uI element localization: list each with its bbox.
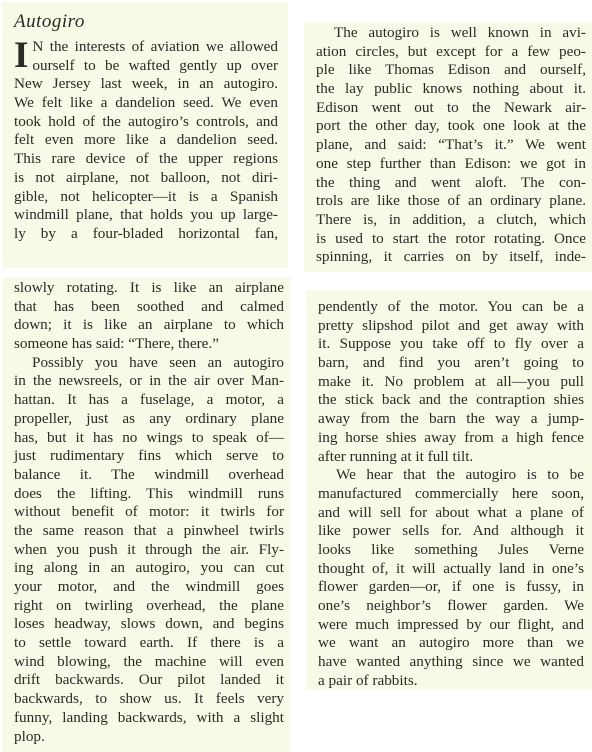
drop-cap: I <box>14 40 28 74</box>
text-line: ourself to be wafted gently up over <box>14 57 278 76</box>
text-line: The autogiro is well known in avi- <box>316 24 586 43</box>
text-line: pretty slipshod pilot and get away with <box>318 317 584 336</box>
text-line: the same reason that a pinwheel twirls <box>14 522 284 541</box>
text-line: drift backwards. Our pilot landed it <box>14 671 284 690</box>
text-line: is not airplane, not balloon, not diri- <box>14 169 278 188</box>
text-line: flower garden—or, if one is fussy, in <box>318 578 584 597</box>
text-line: and will sell for about what a plane of <box>318 504 584 523</box>
text-line: your motor, and the windmill goes <box>14 578 284 597</box>
text-line: funny, landing backwards, with a slight <box>14 709 284 728</box>
text-line: took hold of the autogiro’s controls, an… <box>14 113 278 132</box>
text-line: a pair of rabbits. <box>318 672 584 691</box>
text-line: to settle toward earth. If there is a <box>14 634 284 653</box>
text-line: We felt like a dandelion seed. We even <box>14 94 278 113</box>
text-line: Edison went out to the Newark air- <box>316 99 586 118</box>
text-line: the thing and went aloft. The con- <box>316 174 586 193</box>
text-line: just rudimentary fins which serve to <box>14 447 284 466</box>
text-line: propeller, just as any ordinary plane <box>14 410 284 429</box>
text-line: felt even more like a dandelion seed. <box>14 131 278 150</box>
text-line: like power sells for. And although it <box>318 522 584 541</box>
text-line: down; it is like an airplane to which <box>14 316 284 335</box>
text-line: loses headway, slows down, and begins <box>14 615 284 634</box>
text-line: have wanted anything since we wanted <box>318 653 584 672</box>
text-line: it. Suppose you take off to fly over a <box>318 335 584 354</box>
text-line: the lay public knows nothing about it. <box>316 80 586 99</box>
text-line: We hear that the autogiro is to be <box>318 466 584 485</box>
text-line: after running at it full tilt. <box>318 448 584 467</box>
text-line: spinning, it carries on by itself, inde- <box>316 248 586 267</box>
text-line: barn, and find you aren’t going to <box>318 354 584 373</box>
article-panel-top-left: Autogiro I N the interests of aviation w… <box>2 2 288 268</box>
text-line: has, but it has no wings to speak of— <box>14 429 284 448</box>
text-line: Possibly you have seen an autogiro <box>14 354 284 373</box>
text-line: N the interests of aviation we allowed <box>14 38 278 57</box>
text-line: plop. <box>14 728 284 747</box>
text-line: port the other day, took one look at the <box>316 117 586 136</box>
text-line: without benefit of motor: it twirls for <box>14 503 284 522</box>
text-line: when you push it through the air. Fly- <box>14 541 284 560</box>
text-line: one step further than Edison: we got in <box>316 155 586 174</box>
text-line: New Jersey last week, in an autogiro. <box>14 75 278 94</box>
text-line: ing horse shies away from a high fence <box>318 429 584 448</box>
text-line: we want an autogiro more than we <box>318 634 584 653</box>
text-line: that has been soothed and calmed <box>14 298 284 317</box>
text-line: someone has said: “There, there.” <box>14 335 284 354</box>
text-line: ple like Thomas Edison and ourself, <box>316 61 586 80</box>
text-line: right on twirling overhead, the plane <box>14 597 284 616</box>
text-line: ation circles, but except for a few peo- <box>316 43 586 62</box>
text-line: away from the barn the way a jump- <box>318 410 584 429</box>
text-line: ly by a four-bladed horizontal fan, <box>14 225 278 244</box>
text-line: were much impressed by our flight, and <box>318 616 584 635</box>
text-line: does the lifting. This windmill runs <box>14 485 284 504</box>
text-line: plane, and said: “That’s it.” We went <box>316 136 586 155</box>
text-line: balance it. The windmill overhead <box>14 466 284 485</box>
opening-paragraph: I N the interests of aviation we allowed… <box>14 38 278 244</box>
text-line: This rare device of the upper regions <box>14 150 278 169</box>
text-line: one’s neighbor’s flower garden. We <box>318 597 584 616</box>
article-panel-bottom-left: slowly rotating. It is like an airplane … <box>2 277 290 752</box>
text-line: thought of, it will actually land in one… <box>318 560 584 579</box>
text-line: the stick back and the contraption shies <box>318 391 584 410</box>
text-line: make it. No problem at all—you pull <box>318 373 584 392</box>
text-line: windmill plane, that holds you up large- <box>14 206 278 225</box>
text-line: slowly rotating. It is like an airplane <box>14 279 284 298</box>
text-line: gible, not helicopter—it is a Spanish <box>14 188 278 207</box>
article-title: Autogiro <box>14 10 278 34</box>
article-panel-bottom-right: pendently of the motor. You can be a pre… <box>306 290 592 690</box>
text-line: pendently of the motor. You can be a <box>318 298 584 317</box>
text-line: wind blowing, the machine will even <box>14 653 284 672</box>
text-line: trols are like those of an ordinary plan… <box>316 192 586 211</box>
text-line: There is, in addition, a clutch, which <box>316 211 586 230</box>
text-line: looks like something Jules Verne <box>318 541 584 560</box>
article-panel-top-right: The autogiro is well known in avi- ation… <box>304 22 592 272</box>
text-line: manufactured commercially here soon, <box>318 485 584 504</box>
text-line: hattan. It has a fuselage, a motor, a <box>14 391 284 410</box>
text-line: in the newsreels, or in the air over Man… <box>14 372 284 391</box>
text-line: is used to start the rotor rotating. Onc… <box>316 230 586 249</box>
text-line: ing along in an autogiro, you can cut <box>14 559 284 578</box>
text-line: backwards, to show us. It feels very <box>14 690 284 709</box>
